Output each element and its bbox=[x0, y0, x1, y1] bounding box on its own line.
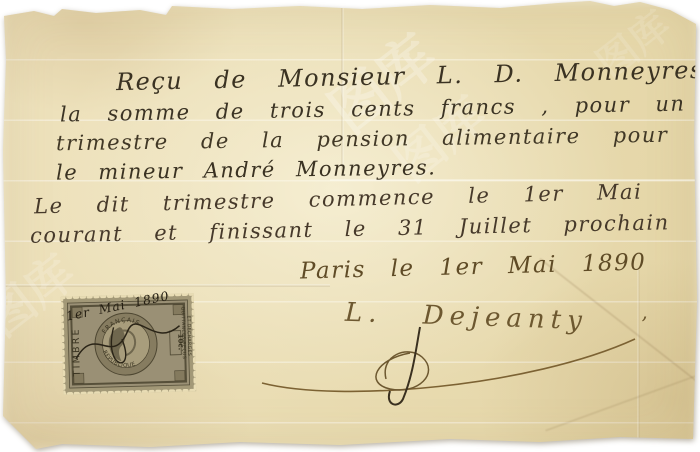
horizontal-crease bbox=[0, 284, 330, 287]
receipt-line-4: le mineur André Monneyres. bbox=[56, 155, 437, 184]
paper-shadow-wrap: 图库 图库 图库 图库 Reçu de Monsieur L. D. Monne… bbox=[0, 0, 700, 452]
scan-background: 图库 图库 图库 图库 Reçu de Monsieur L. D. Monne… bbox=[0, 0, 700, 452]
receipt-line-2: la somme de trois cents francs , pour un bbox=[60, 92, 686, 127]
receipt-line-1: Reçu de Monsieur L. D. Monneyres bbox=[116, 56, 700, 96]
receipt-line-3: trimestre de la pension alimentaire pour bbox=[56, 123, 669, 156]
revenue-stamp: FRANÇAIS RÉPUBLIQUE TIMBRE QUITTANCES RE… bbox=[61, 293, 197, 394]
signature-flourish bbox=[250, 325, 650, 411]
stamp-denomination: 10c. bbox=[176, 334, 184, 351]
dateline: Paris le 1er Mai 1890 bbox=[300, 249, 647, 284]
receipt-paper: 图库 图库 图库 图库 Reçu de Monsieur L. D. Monne… bbox=[0, 0, 700, 452]
